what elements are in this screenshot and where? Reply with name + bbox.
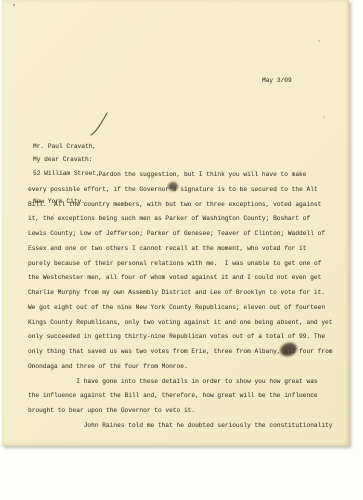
body-line: I have gone into these details in order … (28, 375, 348, 390)
body-line: We got eight out of the nine New York Co… (28, 301, 348, 316)
pen-checkmark-icon (88, 108, 118, 140)
body-line: every possible effort, if the Governor's… (28, 183, 348, 198)
paper: May 3/09 Mr. Paul Cravath, 52 William St… (2, 0, 349, 446)
body-line: Lewis County; Low of Jefferson; Parker o… (28, 227, 348, 242)
body-line: Onondaga and three of the four from Monr… (28, 360, 348, 375)
body-line: Bill. All the country members, with but … (28, 198, 348, 213)
ink-blot: 's (169, 183, 176, 198)
body-line: only succeeded in getting thirty-nine Re… (28, 330, 348, 345)
body-line: the Westchester men, all four of whom vo… (28, 271, 348, 286)
body-line: Kings County Republicans, only two votin… (28, 316, 348, 331)
scan-area: May 3/09 Mr. Paul Cravath, 52 William St… (0, 0, 363, 500)
body-line: only thing that saved us was two votes f… (28, 345, 348, 360)
scan-background: { "page": { "background_color": "#fdfdfc… (0, 0, 363, 500)
body-line: purely because of their personal relatio… (28, 257, 348, 272)
body-line: John Raines told me that he doubted seri… (28, 419, 348, 434)
body-line: Essex and one or two others I cannot rec… (28, 242, 348, 257)
letter-body: Pardon the suggestion, but I think you w… (28, 168, 348, 434)
body-line: Pardon the suggestion, but I think you w… (28, 168, 348, 183)
body-line: Charlie Murphy from my own Assembly Dist… (28, 286, 348, 301)
salutation: My dear Cravath: (33, 156, 92, 163)
address-line-name: Mr. Paul Cravath, (33, 142, 100, 151)
body-line: the influence against the Bill and, ther… (28, 389, 348, 404)
ink-blot: all (281, 345, 296, 360)
body-line: it, the exceptions being such men as Par… (28, 212, 348, 227)
paper-specks (13, 4, 15, 6)
letter-date: May 3/09 (262, 77, 292, 84)
body-line: brought to bear upon the Governor to vet… (28, 404, 348, 419)
